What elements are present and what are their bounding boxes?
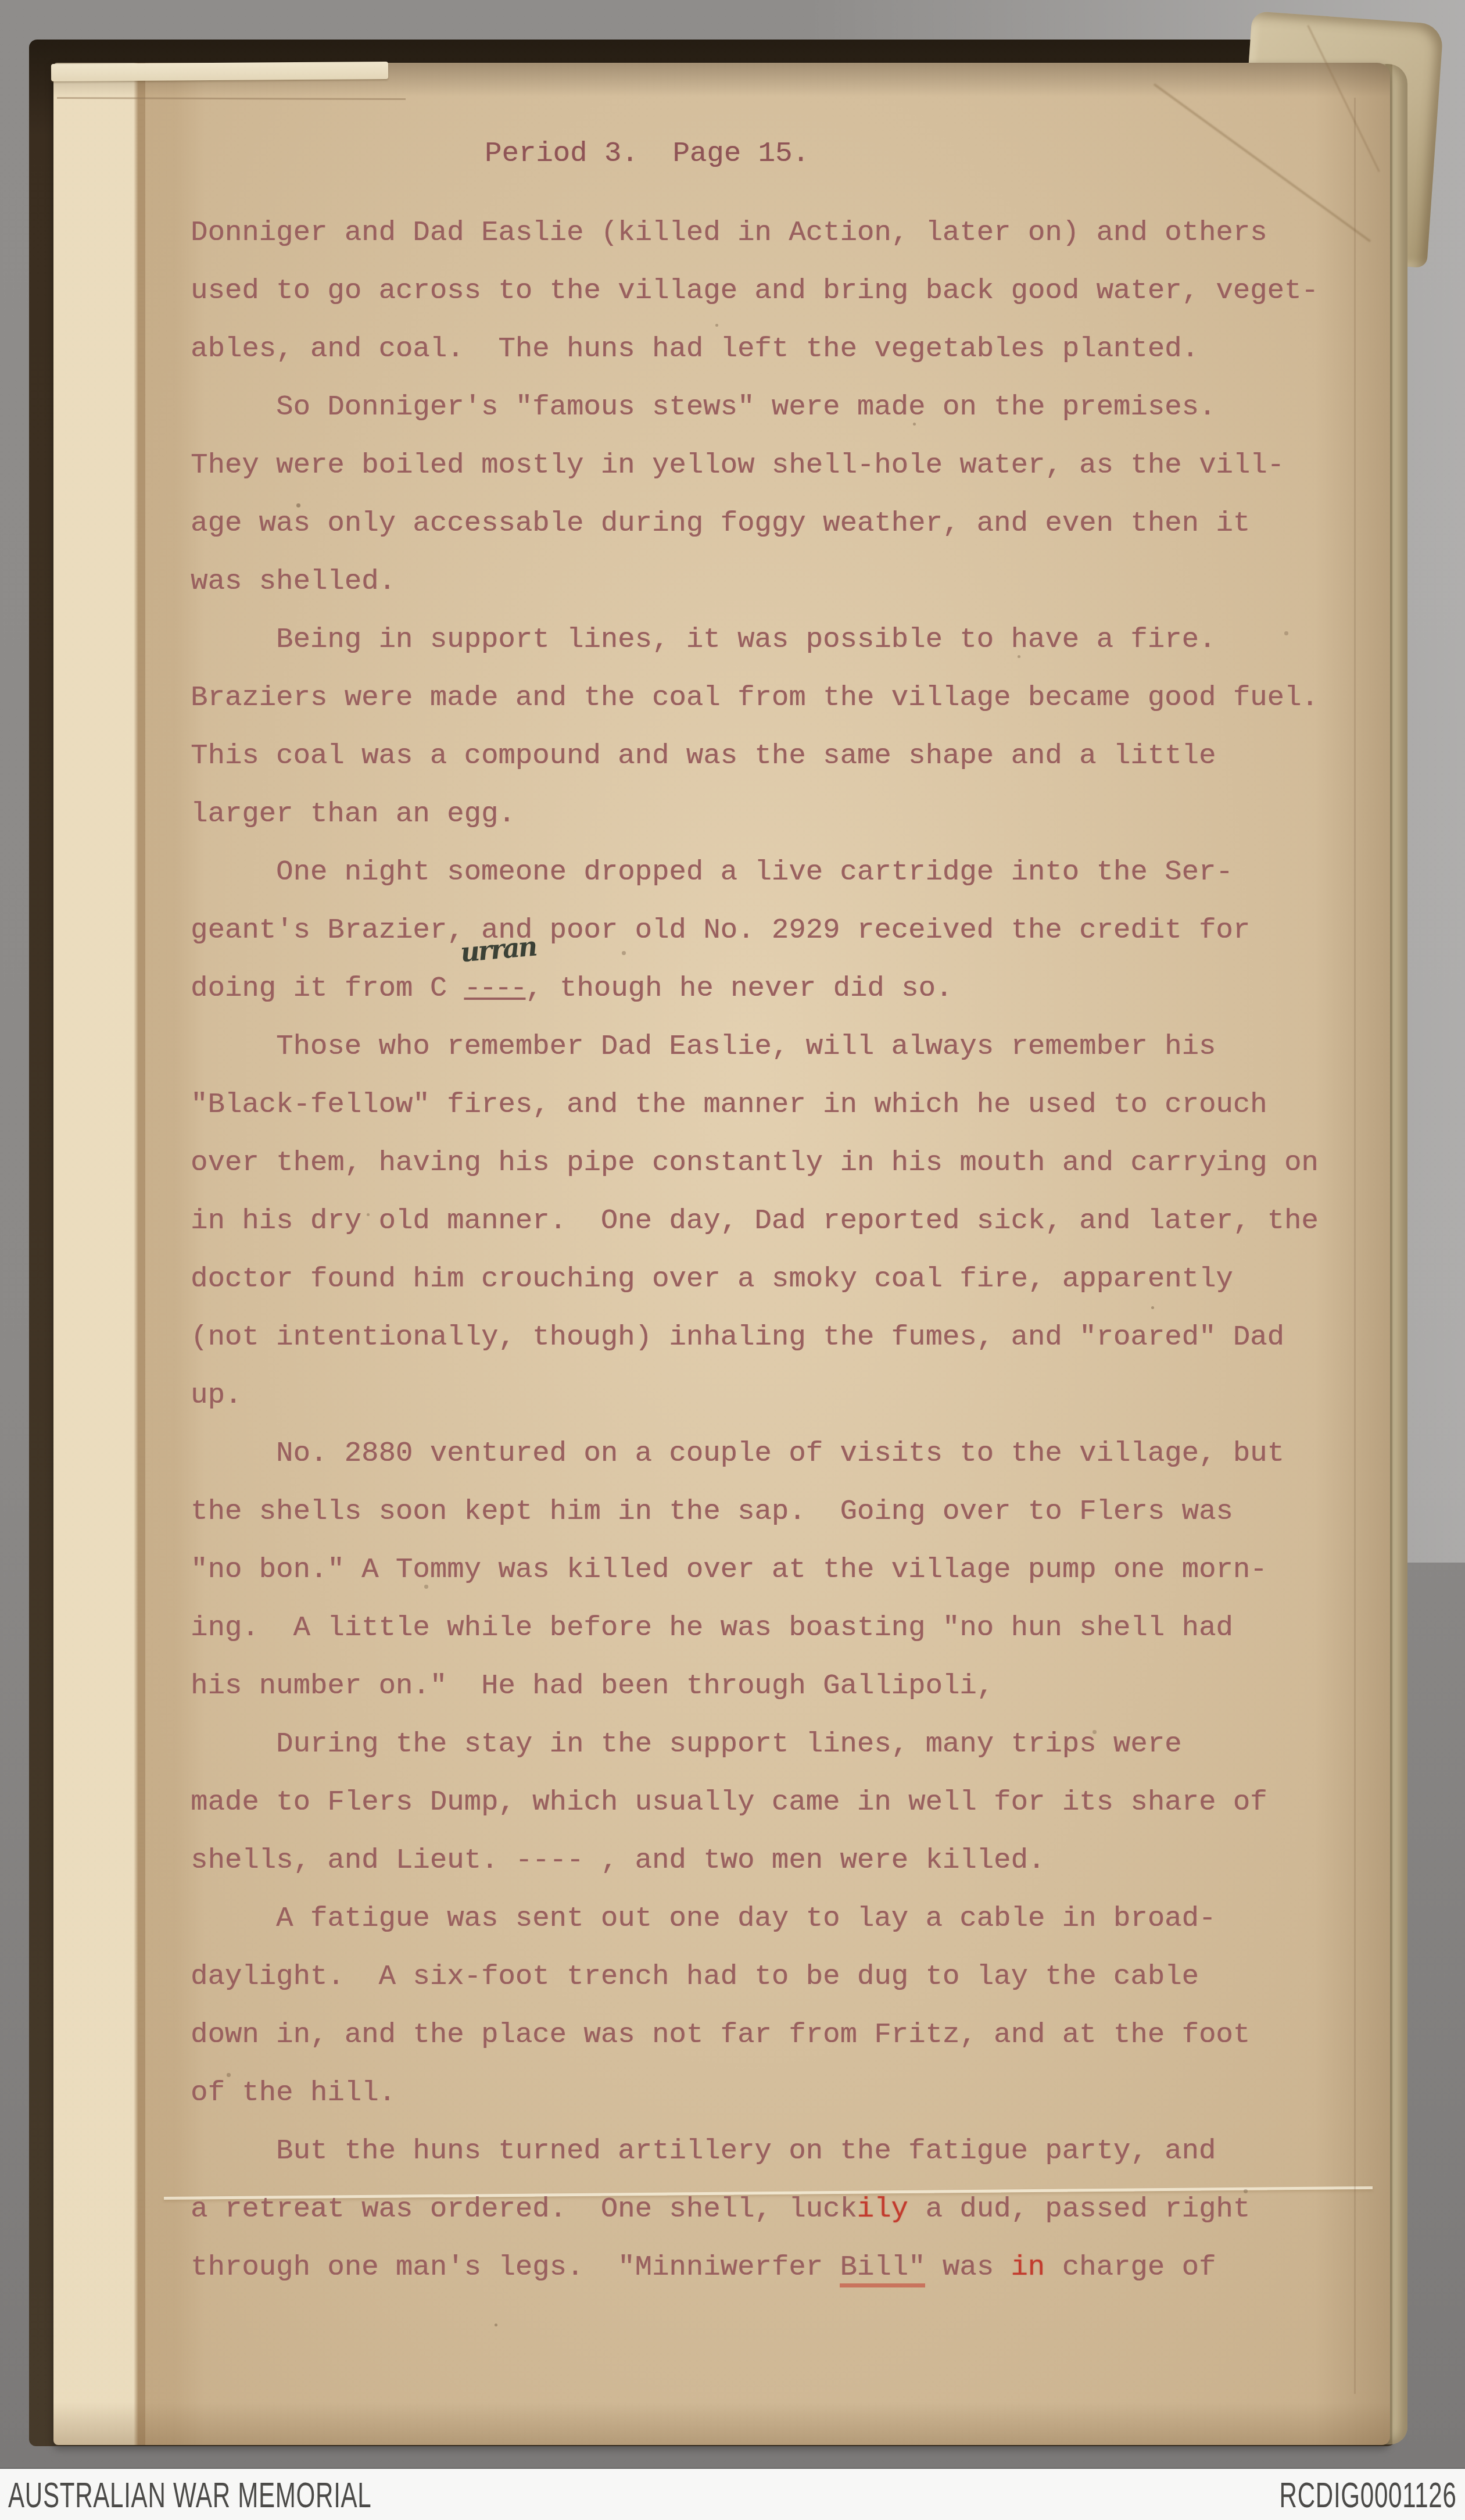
- scanned-document-view: Period 3. Page 15. Donniger and Dad Easl…: [0, 0, 1465, 2520]
- typed-line: in his dry old manner. One day, Dad repo…: [191, 1192, 1390, 1250]
- typed-line: through one man's legs. "Minniwerfer Bil…: [191, 2238, 1390, 2296]
- red-marked-text: Bill": [840, 2251, 925, 2287]
- typed-line: "no bon." A Tommy was killed over at the…: [191, 1540, 1390, 1599]
- typed-line: doing it from C ----urran, though he nev…: [191, 959, 1390, 1017]
- typed-text-area: Period 3. Page 15. Donniger and Dad Easl…: [53, 63, 1390, 2445]
- typed-line: a retreat was ordered. One shell, luckil…: [191, 2180, 1390, 2238]
- typed-line: his number on." He had been through Gall…: [191, 1657, 1390, 1715]
- typed-line: No. 2880 ventured on a couple of visits …: [191, 1424, 1390, 1482]
- typed-line: up.: [191, 1366, 1390, 1424]
- typed-line: down in, and the place was not far from …: [191, 2006, 1390, 2064]
- typed-line: One night someone dropped a live cartrid…: [191, 843, 1390, 901]
- typed-text: was: [925, 2251, 1011, 2283]
- typed-line: age was only accessable during foggy wea…: [191, 494, 1390, 552]
- typed-line: larger than an egg.: [191, 785, 1390, 843]
- typed-line: This coal was a compound and was the sam…: [191, 727, 1390, 785]
- typed-line: of the hill.: [191, 2064, 1390, 2122]
- typed-line: over them, having his pipe constantly in…: [191, 1134, 1390, 1192]
- typed-line: (not intentionally, though) inhaling the…: [191, 1308, 1390, 1366]
- red-ink-text: ily: [857, 2193, 908, 2225]
- red-ink-text: in: [1011, 2251, 1045, 2283]
- typed-line: ing. A little while before he was boasti…: [191, 1599, 1390, 1657]
- handwritten-correction: ----urran: [464, 959, 525, 1017]
- typed-dashes: ----: [464, 972, 525, 1005]
- handwritten-name: urran: [460, 932, 538, 966]
- typed-line: ables, and coal. The huns had left the v…: [191, 320, 1390, 378]
- typed-line: shells, and Lieut. ---- , and two men we…: [191, 1831, 1390, 1889]
- typed-text: doing it from C: [191, 972, 464, 1005]
- page-header: Period 3. Page 15.: [191, 124, 1390, 183]
- typed-text: through one man's legs. "Minniwerfer: [191, 2251, 840, 2283]
- footer-institution-label: AUSTRALIAN WAR MEMORIAL: [8, 2469, 371, 2520]
- typed-text: charge of: [1045, 2251, 1216, 2283]
- typed-line: They were boiled mostly in yellow shell-…: [191, 436, 1390, 494]
- footer-record-id: RCDIG0001126: [1280, 2469, 1457, 2520]
- typed-line: Braziers were made and the coal from the…: [191, 669, 1390, 727]
- typed-line: used to go across to the village and bri…: [191, 262, 1390, 320]
- typed-line: doctor found him crouching over a smoky …: [191, 1250, 1390, 1308]
- typed-line: So Donniger's "famous stews" were made o…: [191, 378, 1390, 436]
- typed-lines: Donniger and Dad Easlie (killed in Actio…: [191, 203, 1390, 2296]
- typed-text: a retreat was ordered. One shell, luck: [191, 2193, 857, 2225]
- footer-bar: AUSTRALIAN WAR MEMORIAL RCDIG0001126: [0, 2469, 1465, 2520]
- typed-line: During the stay in the support lines, ma…: [191, 1715, 1390, 1773]
- typed-line: "Black-fellow" fires, and the manner in …: [191, 1075, 1390, 1134]
- typed-line: Those who remember Dad Easlie, will alwa…: [191, 1017, 1390, 1075]
- typed-line: the shells soon kept him in the sap. Goi…: [191, 1482, 1390, 1540]
- typed-line: made to Flers Dump, which usually came i…: [191, 1773, 1390, 1831]
- typed-line: Being in support lines, it was possible …: [191, 610, 1390, 669]
- typed-line: A fatigue was sent out one day to lay a …: [191, 1889, 1390, 1947]
- typed-text: , though he never did so.: [525, 972, 952, 1005]
- typed-line: geant's Brazier, and poor old No. 2929 r…: [191, 901, 1390, 959]
- typed-line: was shelled.: [191, 552, 1390, 610]
- typed-text: a dud, passed right: [908, 2193, 1250, 2225]
- typed-line: Donniger and Dad Easlie (killed in Actio…: [191, 203, 1390, 262]
- document-page: Period 3. Page 15. Donniger and Dad Easl…: [53, 63, 1390, 2445]
- typed-line: But the huns turned artillery on the fat…: [191, 2122, 1390, 2180]
- typed-line: daylight. A six-foot trench had to be du…: [191, 1947, 1390, 2006]
